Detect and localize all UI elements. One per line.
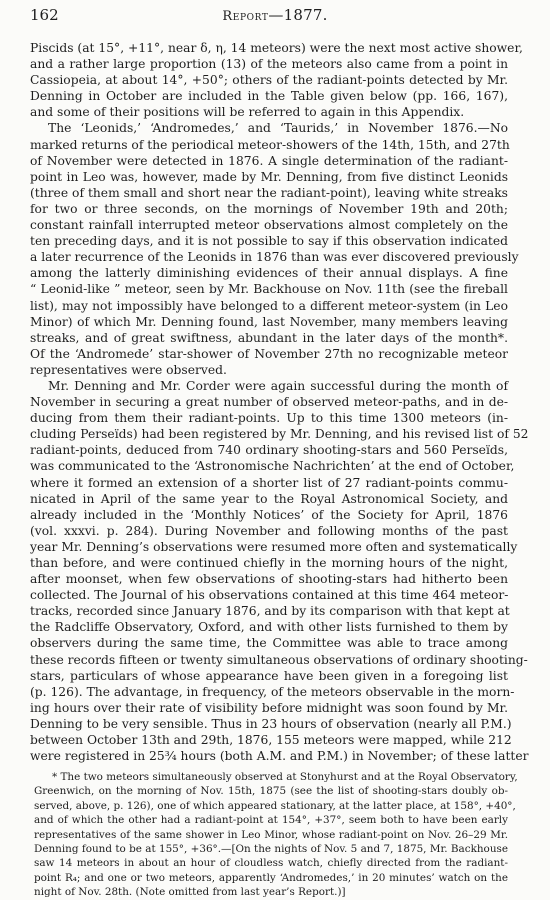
- body-text-line: and some of their positions will be refe…: [30, 104, 508, 120]
- body-text-line: Cassiopeia, at about 14°, +50°; others o…: [30, 72, 508, 88]
- body-text-line: November in securing a great number of o…: [30, 394, 508, 410]
- body-text-line: nicated in April of the same year to the…: [30, 491, 508, 507]
- body-text-line: of November were detected in 1876. A sin…: [30, 153, 508, 169]
- body-text-line: Mr. Denning and Mr. Corder were again su…: [30, 378, 508, 394]
- running-head: Report—1877.: [30, 6, 520, 24]
- footnote: * The two meteors simultaneously observe…: [34, 770, 508, 900]
- footnote-line: night of Nov. 28th. (Note omitted from l…: [34, 885, 508, 899]
- body-text-line: radiant-points, deduced from 740 ordinar…: [30, 442, 508, 458]
- body-text-line: list), may not impossibly have belonged …: [30, 298, 508, 314]
- body-text-line: among the latterly diminishing evidences…: [30, 265, 508, 281]
- body-text-line: ing hours over their rate of visibility …: [30, 700, 508, 716]
- footnote-line: Greenwich, on the morning of Nov. 15th, …: [34, 784, 508, 798]
- body-text-line: these records fifteen or twenty simultan…: [30, 652, 508, 668]
- body-text-line: tracks, recorded since January 1876, and…: [30, 603, 508, 619]
- body-text-line: “ Leonid-like ” meteor, seen by Mr. Back…: [30, 281, 508, 297]
- body-text-line: and a rather large proportion (13) of th…: [30, 56, 508, 72]
- body-text-line: marked returns of the periodical meteor-…: [30, 137, 508, 153]
- body-text-line: (three of them small and short near the …: [30, 185, 508, 201]
- body-text-line: for two or three seconds, on the morning…: [30, 201, 508, 217]
- body-text-line: stars, particulars of whose appearance h…: [30, 668, 508, 684]
- body-text-line: streaks, and of great swiftness, abundan…: [30, 330, 508, 346]
- running-head-year: —1877.: [268, 6, 327, 24]
- body-text-line: ten preceding days, and it is not possib…: [30, 233, 508, 249]
- body-text-line: after moonset, when few observations of …: [30, 571, 508, 587]
- body-text-line: the Radcliffe Observatory, Oxford, and w…: [30, 619, 508, 635]
- footnote-line: and of which the other had a radiant-poi…: [34, 813, 508, 827]
- body-text-line: year Mr. Denning’s observations were res…: [30, 539, 508, 555]
- body-text-line: ducing from them their radiant-points. U…: [30, 410, 508, 426]
- body-text-line: representatives were observed.: [30, 362, 508, 378]
- body-text-line: Piscids (at 15°, +11°, near δ, η, 14 met…: [30, 40, 508, 56]
- body-text-line: point in Leo was, however, made by Mr. D…: [30, 169, 508, 185]
- body-text-line: (p. 126). The advantage, in frequency, o…: [30, 684, 508, 700]
- footnote-line: representatives of the same shower in Le…: [34, 828, 508, 842]
- body-text-line: constant rainfall interrupted meteor obs…: [30, 217, 508, 233]
- body-text-line: cluding Perseïds) had been registered by…: [30, 426, 508, 442]
- body-text-line: observers during the same time, the Comm…: [30, 635, 508, 651]
- page-header: 162 Report—1877.: [30, 6, 520, 26]
- footnote-line: saw 14 meteors in about an hour of cloud…: [34, 856, 508, 870]
- body-text-line: than before, and were continued chiefly …: [30, 555, 508, 571]
- document-page: 162 Report—1877. Piscids (at 15°, +11°, …: [0, 0, 550, 900]
- body-text-line: a later recurrence of the Leonids in 187…: [30, 249, 508, 265]
- body-text-line: Denning to be very sensible. Thus in 23 …: [30, 716, 508, 732]
- body-text-line: where it formed an extension of a shorte…: [30, 475, 508, 491]
- body-text-line: collected. The Journal of his observatio…: [30, 587, 508, 603]
- footnote-line: * The two meteors simultaneously observe…: [34, 770, 508, 784]
- running-head-word: Report: [222, 9, 268, 24]
- body-text-line: Denning in October are included in the T…: [30, 88, 508, 104]
- body-text-line: between October 13th and 29th, 1876, 155…: [30, 732, 508, 748]
- body-text: Piscids (at 15°, +11°, near δ, η, 14 met…: [30, 40, 508, 764]
- body-text-line: were registered in 25¾ hours (both A.M. …: [30, 748, 508, 764]
- footnote-line: served, above, p. 126), one of which app…: [34, 799, 508, 813]
- body-text-line: was communicated to the ‘Astronomische N…: [30, 458, 508, 474]
- body-text-line: already included in the ‘Monthly Notices…: [30, 507, 508, 523]
- footnote-line: Denning found to be at 155°, +36°.—[On t…: [34, 842, 508, 856]
- body-text-line: (vol. xxxvi. p. 284). During November an…: [30, 523, 508, 539]
- body-text-line: The ‘Leonids,’ ‘Andromedes,’ and ‘Taurid…: [30, 120, 508, 136]
- body-text-line: Of the ‘Andromede’ star-shower of Novemb…: [30, 346, 508, 362]
- body-text-line: Minor) of which Mr. Denning found, last …: [30, 314, 508, 330]
- footnote-line: point R₄; and one or two meteors, appare…: [34, 871, 508, 885]
